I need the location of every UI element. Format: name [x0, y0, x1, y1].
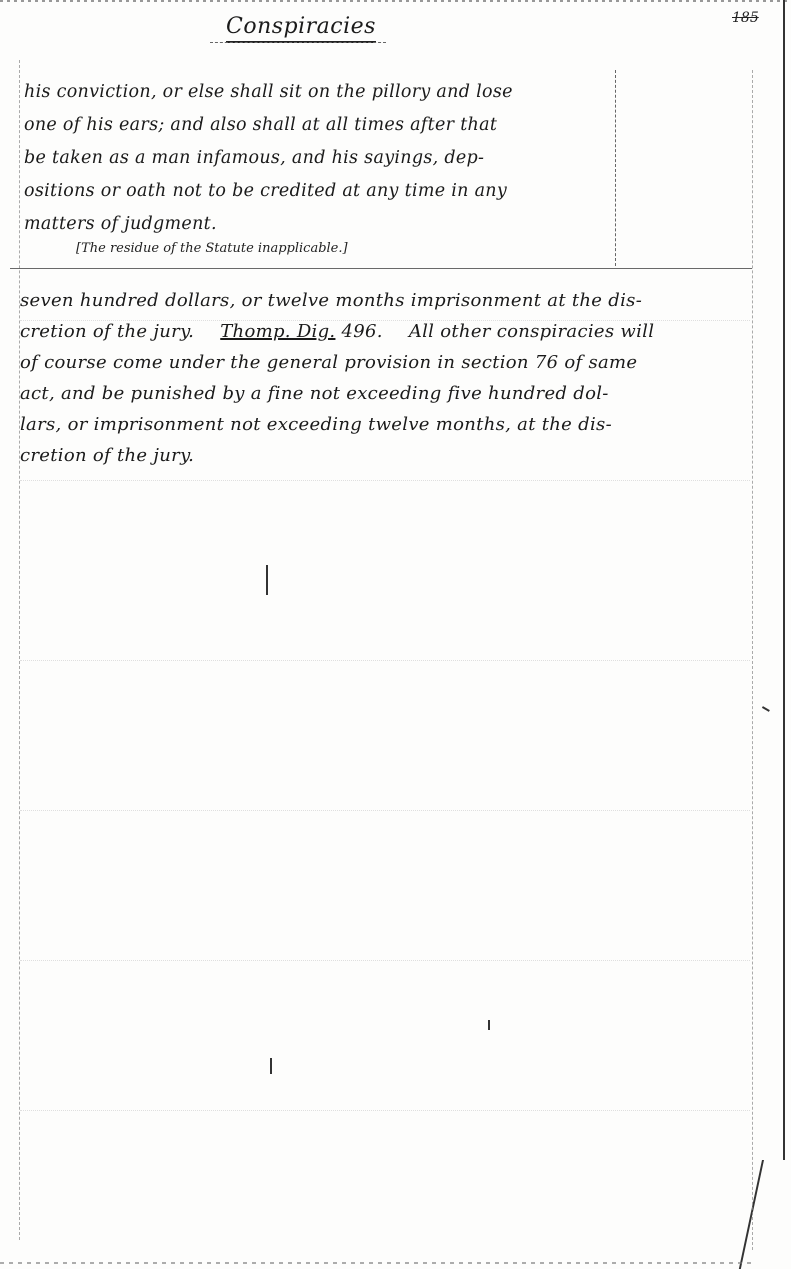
stray-mark	[266, 565, 268, 595]
statute-line: one of his ears; and also shall at all t…	[24, 109, 614, 142]
manuscript-page: Conspiracies 185 his conviction, or else…	[0, 0, 791, 1269]
page-number: 185	[732, 10, 759, 26]
body-line: seven hundred dollars, or twelve months …	[20, 285, 750, 316]
citation: Thomp. Dig.	[220, 321, 335, 342]
body-line: cretion of the jury.	[20, 440, 750, 471]
ruled-line	[20, 810, 750, 811]
ruled-line	[20, 1110, 750, 1111]
right-margin-rule	[752, 70, 753, 1250]
quoted-statute: his conviction, or else shall sit on the…	[24, 76, 614, 241]
body-line: act, and be punished by a fine not excee…	[20, 378, 750, 409]
stray-mark	[270, 1058, 272, 1074]
ruled-line	[20, 960, 750, 961]
page-bottom-edge	[0, 1262, 752, 1264]
body-text: seven hundred dollars, or twelve months …	[20, 285, 750, 471]
title-underline	[210, 42, 386, 43]
statute-line: be taken as a man infamous, and his sayi…	[24, 142, 614, 175]
left-margin-rule	[19, 60, 20, 1240]
page-top-edge	[0, 0, 791, 2]
body-line-rest: All other conspiracies will	[409, 321, 654, 342]
body-line-start: cretion of the jury.	[20, 321, 194, 342]
stray-mark	[762, 706, 770, 711]
quote-box-right-rule	[615, 70, 616, 266]
body-line-with-citation: cretion of the jury. Thomp. Dig. 496. Al…	[20, 316, 750, 347]
statute-line: ositions or oath not to be credited at a…	[24, 175, 614, 208]
quote-box-bottom-rule	[10, 268, 752, 269]
body-line: of course come under the general provisi…	[20, 347, 750, 378]
page-right-edge	[783, 0, 785, 1160]
body-line: lars, or imprisonment not exceeding twel…	[20, 409, 750, 440]
statute-line: his conviction, or else shall sit on the…	[24, 76, 614, 109]
page-title: Conspiracies	[226, 14, 376, 43]
ruled-line	[20, 660, 750, 661]
stray-mark	[488, 1020, 490, 1030]
statute-note: [The residue of the Statute inapplicable…	[76, 241, 348, 256]
ruled-line	[20, 480, 750, 481]
citation-page: 496.	[341, 321, 382, 342]
statute-line: matters of judgment.	[24, 208, 614, 241]
